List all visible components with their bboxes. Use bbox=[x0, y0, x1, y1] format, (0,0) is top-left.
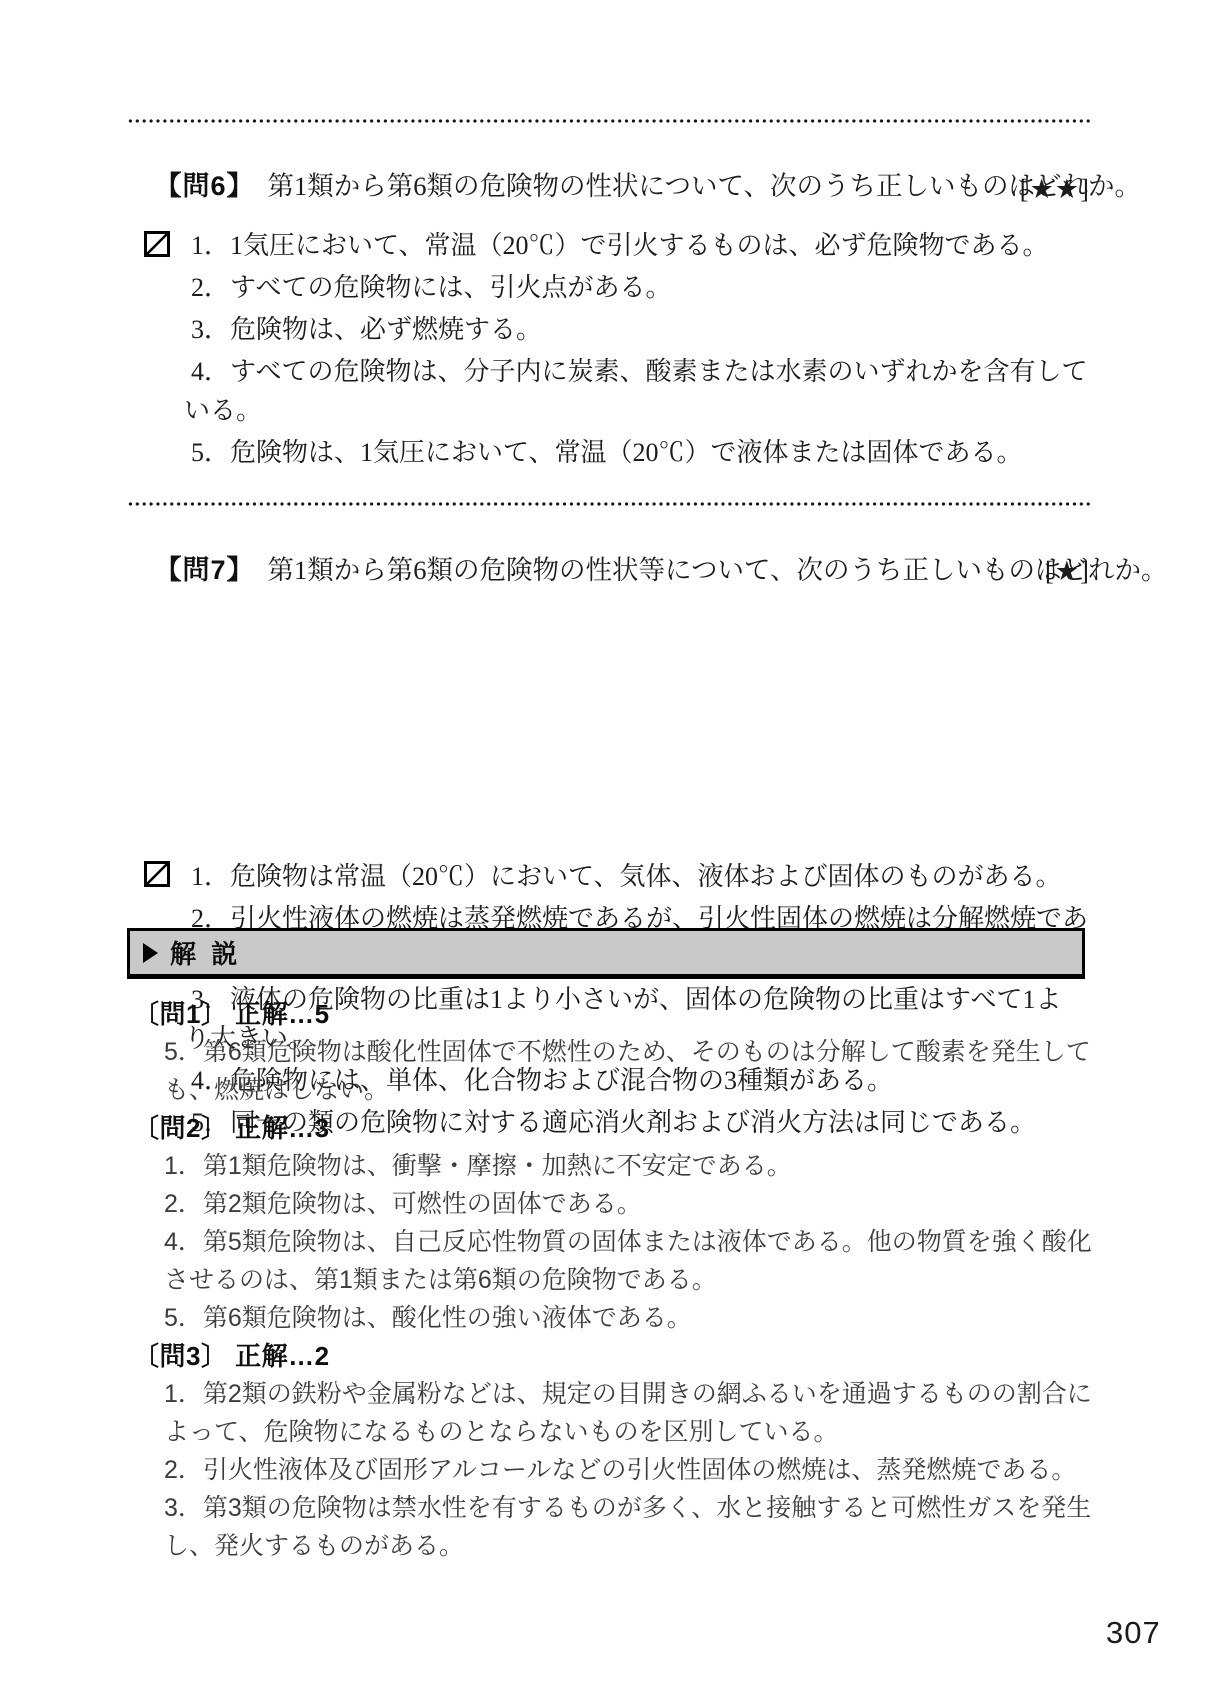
choice: 1．1気圧において、常温（20℃）で引火するものは、必ず危険物である。 bbox=[128, 226, 1090, 265]
checkbox-slash-icon bbox=[144, 231, 170, 257]
answer-note: 3．第3類の危険物は禁水性を有するものが多く、水と接触すると可燃性ガスを発生 し… bbox=[128, 1489, 1090, 1565]
question-6-difficulty-stars: [★★] bbox=[128, 174, 1090, 205]
check-off-box[interactable] bbox=[144, 861, 170, 887]
choice: 4．すべての危険物は、分子内に炭素、酸素または水素のいずれかを含有して いる。 bbox=[128, 352, 1090, 430]
choice: 3．危険物は、必ず燃焼する。 bbox=[128, 310, 1090, 349]
page-number: 307 bbox=[1106, 1615, 1161, 1651]
check-off-box[interactable] bbox=[144, 231, 170, 257]
answer-label: 〔問3〕 正解…2 bbox=[128, 1337, 1090, 1375]
answer-label: 〔問1〕 正解…5 bbox=[128, 995, 1090, 1033]
dotted-divider bbox=[128, 501, 1090, 507]
answer-note: 2．引火性液体及び固形アルコールなどの引火性固体の燃焼は、蒸発燃焼である。 bbox=[128, 1451, 1090, 1489]
answer-note: 1．第1類危険物は、衝撃・摩擦・加熱に不安定である。 bbox=[128, 1147, 1090, 1185]
choice: 5．危険物は、1気圧において、常温（20℃）で液体または固体である。 bbox=[128, 433, 1090, 472]
triangle-right-icon bbox=[143, 943, 158, 963]
explanation-section: 〔問1〕 正解…5 5．第6類危険物は酸化性固体で不燃性のため、そのものは分解し… bbox=[128, 995, 1090, 1565]
question-6-choices: 1．1気圧において、常温（20℃）で引火するものは、必ず危険物である。 2．すべ… bbox=[128, 226, 1090, 472]
answer-note: 2．第2類危険物は、可燃性の固体である。 bbox=[128, 1185, 1090, 1223]
explanation-header-bar: 解 説 bbox=[127, 928, 1085, 979]
explanation-header-label: 解 説 bbox=[170, 934, 241, 971]
choice: 1．危険物は常温（20℃）において、気体、液体および固体のものがある。 bbox=[128, 857, 1090, 896]
checkbox-slash-icon bbox=[144, 861, 170, 887]
answer-note: 1．第2類の鉄粉や金属粉などは、規定の目開きの網ふるいを通過するものの割合に よ… bbox=[128, 1375, 1090, 1451]
answer-label: 〔問2〕 正解…3 bbox=[128, 1109, 1090, 1147]
choice: 2．すべての危険物には、引火点がある。 bbox=[128, 268, 1090, 307]
question-7-difficulty-stars: [★] bbox=[128, 556, 1090, 587]
answer-note: 5．第6類危険物は酸化性固体で不燃性のため、そのものは分解して酸素を発生して も… bbox=[128, 1033, 1090, 1109]
answer-note: 4．第5類危険物は、自己反応性物質の固体または液体である。他の物質を強く酸化 さ… bbox=[128, 1223, 1090, 1299]
dotted-divider bbox=[128, 118, 1090, 124]
document-page: 【問6】第1類から第6類の危険物の性状について、次のうち正しいものはどれか。 [… bbox=[0, 0, 1213, 1701]
answer-note: 5．第6類危険物は、酸化性の強い液体である。 bbox=[128, 1299, 1090, 1337]
